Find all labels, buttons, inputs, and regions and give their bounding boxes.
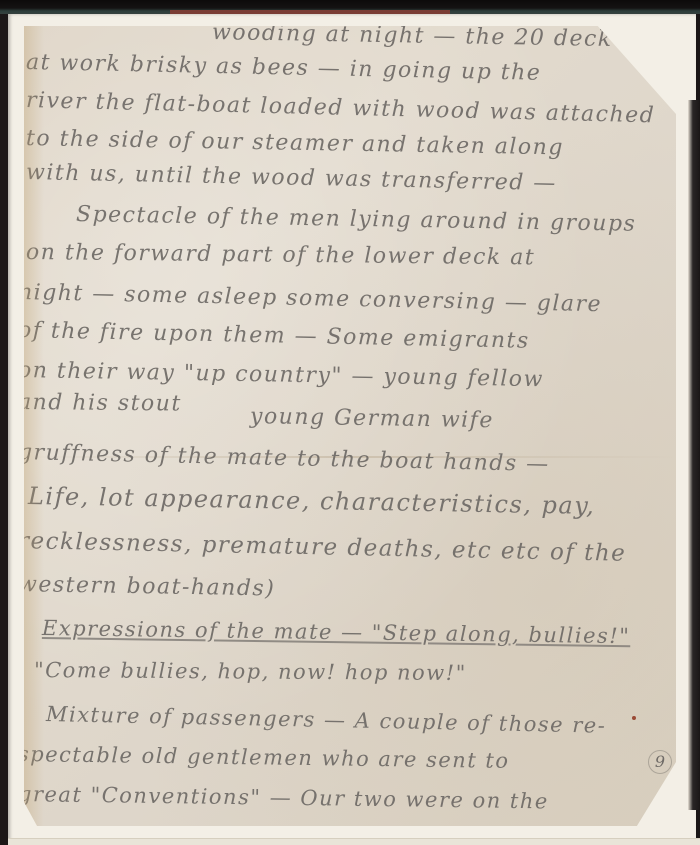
manuscript-line-6: Spectacle of the men lying around in gro… — [76, 202, 637, 237]
scan-stage: wooding at night — the 20 deck hand at w… — [0, 0, 700, 845]
manuscript-line-17: Expressions of the mate — "Step along, b… — [42, 616, 631, 648]
manuscript-line-20: spectable old gentlemen who are sent to — [18, 742, 510, 773]
manuscript-line-18: "Come bullies, hop, now! hop now!" — [34, 658, 467, 685]
manuscript-line-15: recklessness, premature deaths, etc etc … — [18, 528, 627, 567]
binding-top-edge — [0, 0, 700, 14]
ink-spot — [632, 716, 636, 720]
manuscript-line-10: on their way "up country" — young fellow — [18, 358, 544, 392]
manuscript-line-21: great "Conventions" — Our two were on th… — [18, 782, 549, 813]
manuscript-line-8: night — some asleep some conversing — gl… — [18, 280, 603, 317]
manuscript-line-14: Life, lot appearance, characteristics, p… — [28, 482, 596, 520]
manuscript-line-11: and his stout — [18, 390, 182, 416]
manuscript-line-13: gruffness of the mate to the boat hands … — [18, 440, 550, 477]
manuscript-line-12: young German wife — [250, 404, 494, 433]
manuscript-line-3: river the flat-boat loaded with wood was… — [26, 88, 656, 128]
mat-right-shadow — [688, 100, 700, 810]
manuscript-line-7: on the forward part of the lower deck at — [26, 240, 535, 270]
manuscript-line-2: at work brisky as bees — in going up the — [26, 50, 542, 86]
manuscript-line-16: western boat-hands) — [18, 572, 276, 601]
manuscript-line-9: of the fire upon them — Some emigrants — [18, 318, 530, 354]
mat-bottom-edge — [8, 838, 700, 845]
manuscript-line-4: to the side of our steamer and taken alo… — [26, 126, 564, 160]
manuscript-leaf: wooding at night — the 20 deck hand at w… — [24, 26, 676, 826]
manuscript-line-5: with us, until the wood was transferred … — [26, 160, 557, 196]
manuscript-line-19: Mixture of passengers — A couple of thos… — [46, 702, 607, 738]
page-number: 9 — [648, 750, 672, 774]
